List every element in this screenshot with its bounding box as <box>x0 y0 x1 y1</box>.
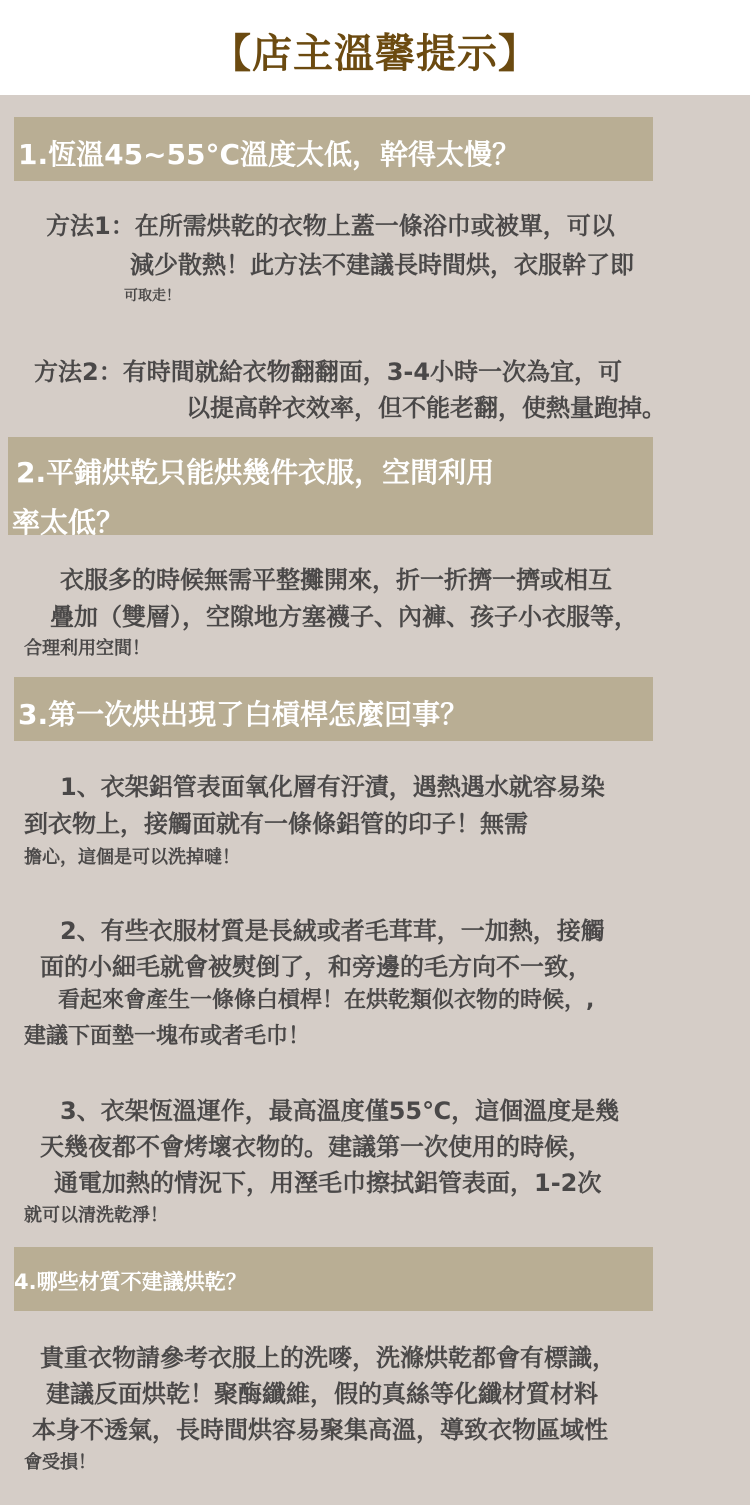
section-3-point-2-line-4: 建議下面墊一塊布或者毛巾！ <box>24 1019 310 1050</box>
header-banner: 【店主溫馨提示】 <box>0 0 750 95</box>
section-3-title: 3.第一次烘出現了白槓桿怎麼回事？ <box>18 693 468 733</box>
section-1-method-2-line-2: 以提高幹衣效率，但不能老翻，使熱量跑掉。 <box>186 388 666 423</box>
section-1-method-1-line-3: 可取走！ <box>124 285 180 305</box>
section-3-point-1-line-3: 擔心，這個是可以洗掉噠！ <box>24 843 240 869</box>
section-3-title-bar: 3.第一次烘出現了白槓桿怎麼回事？ <box>14 677 653 741</box>
section-2-body-line-2: 疊加（雙層），空隙地方塞襪子、內褲、孩子小衣服等， <box>50 597 638 632</box>
section-2-body-line-3: 合理利用空間！ <box>24 634 150 660</box>
section-3-point-3-line-2: 天幾夜都不會烤壞衣物的。建議第一次使用的時候， <box>40 1127 592 1162</box>
section-3-point-1-line-2: 到衣物上，接觸面就有一條條鋁管的印子！無需 <box>24 804 528 839</box>
section-4-body-line-3: 本身不透氣，長時間烘容易聚集高溫，導致衣物區域性 <box>32 1410 608 1445</box>
section-1-title-bar: 1.恆溫45~55°C溫度太低，幹得太慢？ <box>14 117 653 181</box>
section-3-point-2-line-1: 2、有些衣服材質是長絨或者毛茸茸，一加熱，接觸 <box>60 911 605 946</box>
section-1-method-1-line-1: 方法1：在所需烘乾的衣物上蓋一條浴巾或被單，可以 <box>46 206 615 241</box>
section-2-title-line-2: 率太低？ <box>12 501 124 541</box>
section-2-title-line-1: 2.平鋪烘乾只能烘幾件衣服，空間利用 <box>16 451 494 491</box>
section-3-point-2-line-3: 看起來會產生一條條白槓桿！在烘乾類似衣物的時候，, <box>58 983 594 1014</box>
section-3-point-2-line-2: 面的小細毛就會被熨倒了，和旁邊的毛方向不一致， <box>40 947 592 982</box>
section-2-title-bar: 2.平鋪烘乾只能烘幾件衣服，空間利用 率太低？ <box>8 437 653 535</box>
section-4-title: 4.哪些材質不建議烘乾？ <box>14 1266 247 1296</box>
section-4-body-line-2: 建議反面烘乾！聚酶纖維，假的真絲等化纖材質材料 <box>46 1374 598 1409</box>
section-4-body-line-1: 貴重衣物請參考衣服上的洗嘜，洗滌烘乾都會有標識， <box>40 1338 616 1373</box>
section-3-point-3-line-4: 就可以清洗乾淨！ <box>24 1201 168 1227</box>
section-2-body-line-1: 衣服多的時候無需平整攤開來，折一折擠一擠或相互 <box>60 560 612 595</box>
section-1-method-1-line-2: 減少散熱！此方法不建議長時間烘，衣服幹了即 <box>130 245 634 280</box>
section-3-point-3-line-3: 通電加熱的情況下，用溼毛巾擦拭鋁管表面，1-2次 <box>54 1163 601 1198</box>
section-4-title-bar: 4.哪些材質不建議烘乾？ <box>14 1247 653 1311</box>
page-title: 【店主溫馨提示】 <box>0 22 750 79</box>
section-1-title: 1.恆溫45~55°C溫度太低，幹得太慢？ <box>18 133 520 173</box>
section-3-point-3-line-1: 3、衣架恆溫運作，最高溫度僅55℃，這個溫度是幾 <box>60 1091 619 1126</box>
section-4-body-line-4: 會受損！ <box>24 1448 96 1474</box>
section-3-point-1-line-1: 1、衣架鋁管表面氧化層有汙漬，遇熱遇水就容易染 <box>60 767 605 802</box>
section-1-method-2-line-1: 方法2：有時間就給衣物翻翻面，3-4小時一次為宜，可 <box>34 352 622 387</box>
